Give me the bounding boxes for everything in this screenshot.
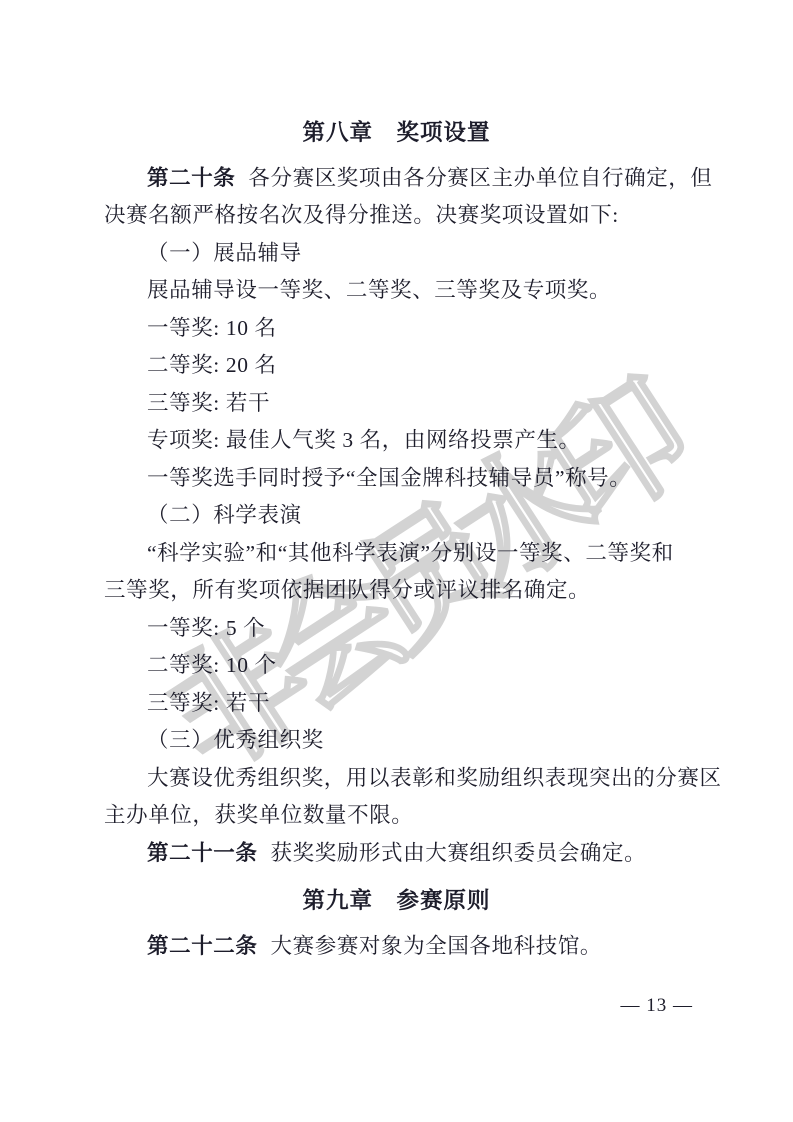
gold-coach-title-note: 一等奖选手同时授予“全国金牌科技辅导员”称号。 <box>104 460 689 498</box>
performance-third-prize: 三等奖: 若干 <box>104 685 689 723</box>
exhibit-special-prize: 专项奖: 最佳人气奖 3 名，由网络投票产生。 <box>104 422 689 460</box>
article-20-line-1-prefix: 第二十条 <box>147 166 235 190</box>
section-1-desc: 展品辅导设一等奖、二等奖、三等奖及专项奖。 <box>104 272 689 310</box>
science-performance-line-1-text: “科学实验”和“其他科学表演”分别设一等奖、二等奖和 <box>147 541 674 565</box>
chapter-9-heading-text: 第九章 参赛原则 <box>302 888 490 913</box>
exhibit-second-prize: 二等奖: 20 名 <box>104 347 689 385</box>
article-21-line-prefix: 第二十一条 <box>147 841 258 865</box>
section-1-title: （一）展品辅导 <box>104 235 689 273</box>
section-3-title-text: （三）优秀组织奖 <box>147 728 324 752</box>
article-22-line: 第二十二条大赛参赛对象为全国各地科技馆。 <box>104 928 689 966</box>
gold-coach-title-note-text: 一等奖选手同时授予“全国金牌科技辅导员”称号。 <box>147 466 631 490</box>
article-21-line: 第二十一条获奖奖励形式由大赛组织委员会确定。 <box>104 835 689 873</box>
exhibit-special-prize-text: 专项奖: 最佳人气奖 3 名，由网络投票产生。 <box>147 428 581 452</box>
article-21-line-text: 获奖奖励形式由大赛组织委员会确定。 <box>271 841 647 865</box>
performance-first-prize: 一等奖: 5 个 <box>104 610 689 648</box>
page-number: — 13 — <box>621 995 694 1017</box>
chapter-8-heading-text: 第八章 奖项设置 <box>302 120 490 145</box>
science-performance-line-2: 三等奖，所有奖项依据团队得分或评议排名确定。 <box>104 572 689 610</box>
section-3-title: （三）优秀组织奖 <box>104 722 689 760</box>
chapter-9-heading: 第九章 参赛原则 <box>104 882 689 920</box>
performance-third-prize-text: 三等奖: 若干 <box>147 691 270 715</box>
article-22-line-text: 大赛参赛对象为全国各地科技馆。 <box>271 934 603 958</box>
exhibit-second-prize-text: 二等奖: 20 名 <box>147 353 277 377</box>
performance-second-prize-text: 二等奖: 10 个 <box>147 653 277 677</box>
section-2-title-text: （二）科学表演 <box>147 503 302 527</box>
performance-second-prize: 二等奖: 10 个 <box>104 647 689 685</box>
article-20-line-1: 第二十条各分赛区奖项由各分赛区主办单位自行确定，但 <box>104 160 689 198</box>
exhibit-third-prize-text: 三等奖: 若干 <box>147 391 270 415</box>
article-20-line-2-text: 决赛名额严格按名次及得分推送。决赛奖项设置如下: <box>104 203 619 227</box>
performance-first-prize-text: 一等奖: 5 个 <box>147 616 265 640</box>
section-2-title: （二）科学表演 <box>104 497 689 535</box>
article-20-line-1-text: 各分赛区奖项由各分赛区主办单位自行确定，但 <box>248 166 712 190</box>
document-page: 非会员水印 第八章 奖项设置第二十条各分赛区奖项由各分赛区主办单位自行确定，但决… <box>0 0 793 1122</box>
exhibit-third-prize: 三等奖: 若干 <box>104 385 689 423</box>
section-1-desc-text: 展品辅导设一等奖、二等奖、三等奖及专项奖。 <box>147 278 611 302</box>
exhibit-first-prize: 一等奖: 10 名 <box>104 310 689 348</box>
exhibit-first-prize-text: 一等奖: 10 名 <box>147 316 277 340</box>
org-award-line-2: 主办单位，获奖单位数量不限。 <box>104 797 689 835</box>
org-award-line-1: 大赛设优秀组织奖，用以表彰和奖励组织表现突出的分赛区 <box>104 760 689 798</box>
section-1-title-text: （一）展品辅导 <box>147 241 302 265</box>
document-content: 第八章 奖项设置第二十条各分赛区奖项由各分赛区主办单位自行确定，但决赛名额严格按… <box>104 104 689 965</box>
science-performance-line-2-text: 三等奖，所有奖项依据团队得分或评议排名确定。 <box>104 578 590 602</box>
chapter-8-heading: 第八章 奖项设置 <box>104 114 689 152</box>
article-22-line-prefix: 第二十二条 <box>147 934 258 958</box>
org-award-line-1-text: 大赛设优秀组织奖，用以表彰和奖励组织表现突出的分赛区 <box>147 766 722 790</box>
article-20-line-2: 决赛名额严格按名次及得分推送。决赛奖项设置如下: <box>104 197 689 235</box>
org-award-line-2-text: 主办单位，获奖单位数量不限。 <box>104 803 413 827</box>
science-performance-line-1: “科学实验”和“其他科学表演”分别设一等奖、二等奖和 <box>104 535 689 573</box>
